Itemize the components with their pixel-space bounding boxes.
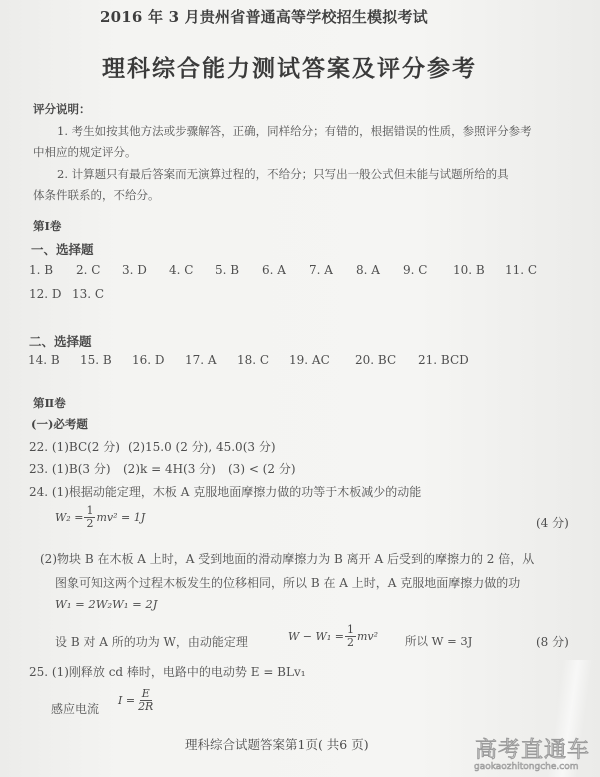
- q24-equation-2b: W₁ = 2J: [112, 597, 157, 611]
- q23-part2: (2)k = 4H(3 分): [123, 460, 216, 477]
- part2-subtitle: (一)必考题: [31, 416, 88, 432]
- exam-title: 2016 年 3 月贵州省普通高等学校招生模拟考试: [100, 6, 428, 27]
- q24-score-1: (4 分): [536, 514, 569, 531]
- answer-item: 13. C: [72, 287, 104, 301]
- answer-item: 3. D: [122, 263, 147, 277]
- eq-lhs: W₂ =: [55, 511, 83, 524]
- fraction: 1 2: [345, 624, 356, 649]
- eq-rhs: mv² = 1J: [96, 511, 145, 524]
- answer-item: 6. A: [262, 263, 286, 277]
- q24-equation-2a: W₁ = 2W₂: [55, 597, 112, 611]
- q23-part1: 23. (1)B(3 分): [29, 460, 111, 477]
- answer-item: 17. A: [185, 353, 217, 367]
- q25-part1-text: 25. (1)刚释放 cd 棒时，电路中的电动势 E = BLv₁: [29, 663, 306, 680]
- q24-score-2: (8 分): [536, 633, 569, 650]
- main-title: 理科综合能力测试答案及评分参考: [102, 50, 477, 83]
- answer-item: 10. B: [453, 263, 485, 277]
- q22-part2: (2)15.0 (2 分), 45.0(3 分): [128, 438, 276, 455]
- grading-note-1-line-1: 1. 考生如按其他方法或步骤解答，正确，同样给分；有错的，根据错误的性质，参照评…: [57, 123, 532, 139]
- answer-sheet-page: 2016 年 3 月贵州省普通高等学校招生模拟考试 理科综合能力测试答案及评分参…: [0, 0, 600, 777]
- answer-item: 4. C: [169, 263, 193, 277]
- grading-note-2-line-1: 2. 计算题只有最后答案而无演算过程的，不给分；只写出一般公式但未能与试题所给的…: [57, 166, 509, 182]
- answer-item: 9. C: [403, 263, 427, 277]
- answer-item: 21. BCD: [418, 353, 469, 367]
- answer-item: 5. B: [215, 263, 239, 277]
- q24-part3-text: 设 B 对 A 所的功为 W，由动能定理: [55, 633, 248, 650]
- answer-item: 2. C: [76, 263, 100, 277]
- answer-item: 11. C: [505, 263, 537, 277]
- q25-equation: I = E 2R: [118, 688, 156, 713]
- q23-part3: (3) < (2 分): [228, 460, 296, 477]
- fraction: 1 2: [84, 505, 95, 530]
- section2-title: 二、选择题: [29, 332, 92, 350]
- answer-item: 14. B: [28, 353, 60, 367]
- answer-item: 19. AC: [289, 353, 330, 367]
- q24-part2-line1: (2)物块 B 在木板 A 上时，A 受到地面的滑动摩擦力为 B 离开 A 后受…: [40, 550, 534, 567]
- answer-item: 8. A: [356, 263, 380, 277]
- page-footer: 理科综合试题答案第1页( 共6 页): [185, 735, 369, 753]
- q25-label: 感应电流: [51, 700, 99, 717]
- grading-notes-heading: 评分说明：: [33, 101, 91, 117]
- fraction: E 2R: [136, 688, 155, 713]
- part2-title: 第Ⅱ卷: [33, 395, 66, 411]
- answer-item: 15. B: [80, 353, 112, 367]
- q24-result: 所以 W = 3J: [405, 633, 472, 649]
- q24-part2-line2: 图象可知这两个过程木板发生的位移相同，所以 B 在 A 上时，A 克服地面摩擦力…: [55, 574, 520, 591]
- q22-part1: 22. (1)BC(2 分): [29, 438, 120, 455]
- answer-item: 16. D: [132, 353, 165, 367]
- answer-item: 20. BC: [355, 353, 396, 367]
- answer-item: 7. A: [309, 263, 333, 277]
- q24-part1-text: 24. (1)根据动能定理，木板 A 克服地面摩擦力做的功等于木板减少的动能: [29, 483, 421, 500]
- watermark-url: gaokaozhitongche.com: [474, 762, 578, 772]
- answer-item: 18. C: [237, 353, 269, 367]
- watermark-logo: 高考直通车: [475, 733, 590, 764]
- grading-note-2-line-2: 体条件联系的，不给分。: [33, 187, 160, 203]
- part1-title: 第Ⅰ卷: [33, 218, 61, 234]
- answer-item: 12. D: [29, 287, 62, 301]
- answer-item: 1. B: [29, 263, 53, 277]
- section1-title: 一、选择题: [31, 240, 94, 258]
- q24-equation-3: W − W₁ = 1 2 mv²: [288, 624, 378, 649]
- grading-note-1-line-2: 中相应的规定评分。: [33, 144, 137, 160]
- q24-equation-1: W₂ = 1 2 mv² = 1J: [55, 505, 145, 530]
